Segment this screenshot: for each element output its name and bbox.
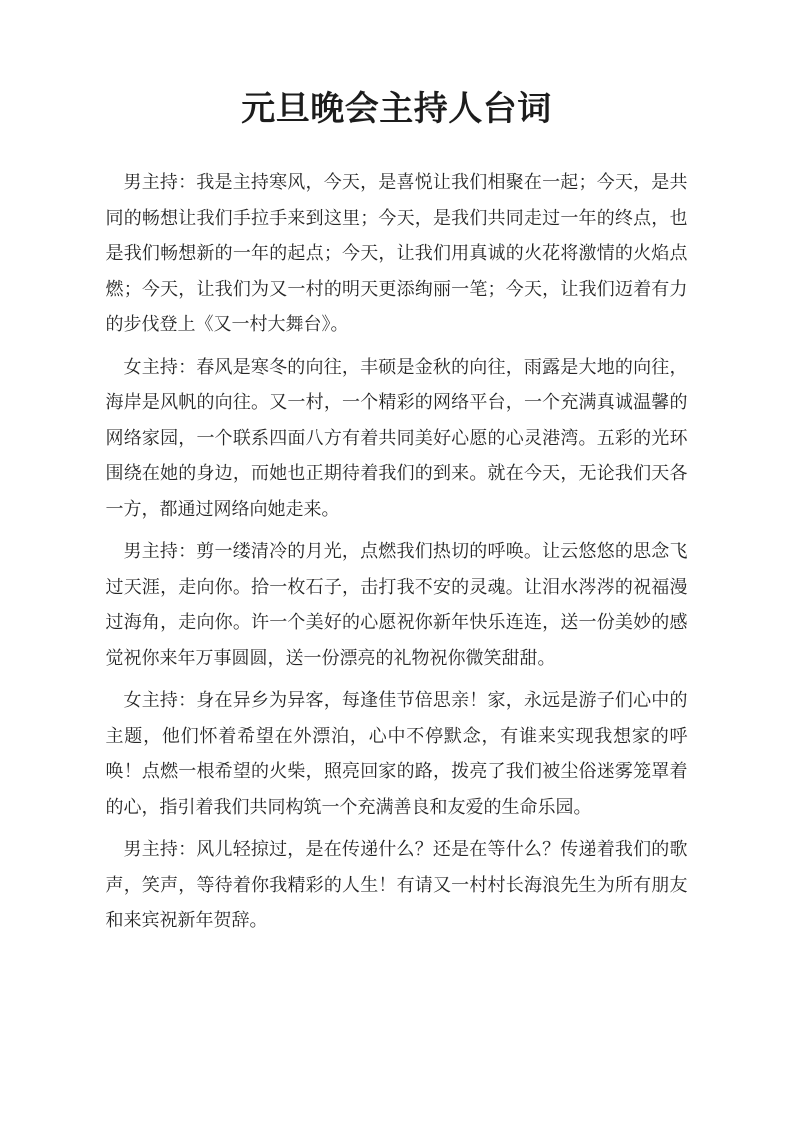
paragraph-male-host-2: 男主持：剪一缕清冷的月光，点燃我们热切的呼唤。让云悠悠的思念飞过天涯，走向你。拾… bbox=[106, 534, 688, 676]
document-content: 元旦晚会主持人台词 男主持：我是主持寒风，今天，是喜悦让我们相聚在一起；今天，是… bbox=[106, 88, 688, 939]
paragraph-male-host-3: 男主持：风儿轻掠过，是在传递什么？还是在等什么？传递着我们的歌声，笑声，等待着你… bbox=[106, 832, 688, 939]
paragraph-male-host-1: 男主持：我是主持寒风，今天，是喜悦让我们相聚在一起；今天，是共同的畅想让我们手拉… bbox=[106, 165, 688, 343]
document-page: 元旦晚会主持人台词 男主持：我是主持寒风，今天，是喜悦让我们相聚在一起；今天，是… bbox=[0, 0, 793, 1122]
document-title: 元旦晚会主持人台词 bbox=[106, 88, 688, 132]
paragraph-female-host-1: 女主持：春风是寒冬的向往，丰硕是金秋的向往，雨露是大地的向往，海岸是风帆的向往。… bbox=[106, 350, 688, 528]
paragraph-female-host-2: 女主持：身在异乡为异客，每逢佳节倍思亲！家，永远是游子们心中的主题，他们怀着希望… bbox=[106, 683, 688, 825]
